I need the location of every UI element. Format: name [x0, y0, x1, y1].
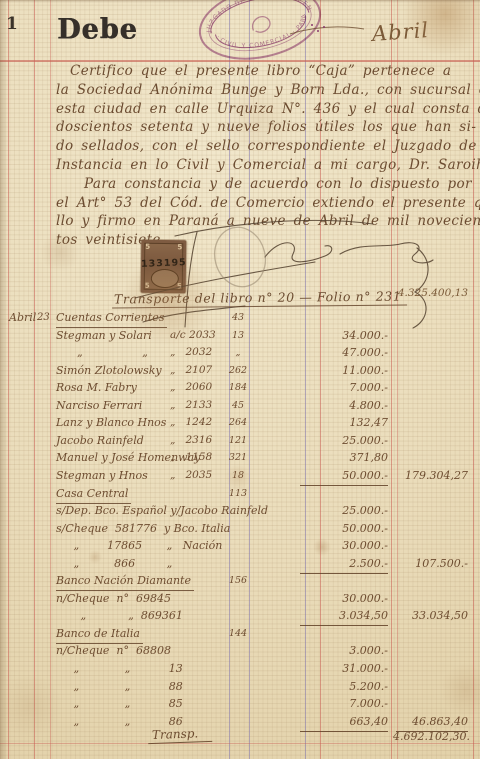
transport-in-amount: 4.325.400,13: [392, 287, 468, 299]
ledger-row: „ „ 885.200.-: [0, 678, 480, 695]
entry-amount-partial: 2.500.-: [300, 555, 388, 574]
entry-folio-ref: 321: [227, 449, 249, 466]
entry-folio-ref: 43: [227, 309, 249, 326]
entry-description: s/Dep. Bco. Español y/Jacobo Rainfeld: [56, 502, 268, 519]
ledger-row: „ „ 8693613.034,5033.034,50: [0, 607, 480, 624]
entry-description: s/Cheque 581776 y Bco. Italia: [56, 520, 230, 537]
ledger-row: „ 866 „2.500.-107.500.-: [0, 555, 480, 572]
entry-day: 23: [37, 309, 53, 326]
ledger-row: Narciso Ferrari„ 2133454.800.-: [0, 397, 480, 414]
ledger-row: Manuel y José Homenway„ 1158321371,80: [0, 449, 480, 466]
entry-amount-partial: 50.000.-: [300, 467, 388, 486]
entry-amount-partial: 3.034,50: [300, 607, 388, 626]
entry-description: Simón Zlotolowsky: [56, 362, 162, 379]
transport-in-label: Transporte del libro n° 20 — Folio n° 23…: [112, 288, 408, 308]
entry-folio-ref: 262: [227, 362, 249, 379]
entry-amount-partial: 5.200.-: [300, 678, 388, 695]
transport-out-amount: 4.692.102,30.: [390, 730, 470, 743]
entry-account-number: „ 2032: [170, 344, 212, 361]
certificate-line: Instancia en lo Civil y Comercial a mi c…: [56, 157, 470, 176]
entry-folio-ref: 45: [227, 397, 249, 414]
entry-account-number: „ 2107: [170, 362, 212, 379]
entry-amount-partial: 3.000.-: [300, 642, 388, 659]
month-label: Abril: [371, 18, 430, 46]
ledger-row: Lanz y Blanco Hnos„ 1242264132,47: [0, 414, 480, 431]
entry-description: „ 866 „: [56, 555, 172, 572]
ledger-row: Abril23Cuentas Corrientes43: [0, 309, 480, 326]
entry-account-number: „ 2035: [170, 467, 212, 484]
entry-folio-ref: 144: [227, 625, 249, 642]
entry-description: Rosa M. Fabry: [56, 379, 137, 396]
entry-amount-total: 107.500.-: [396, 555, 468, 572]
ledger-row: „ „ 857.000.-: [0, 695, 480, 712]
ledger-row: s/Dep. Bco. Español y/Jacobo Rainfeld25.…: [0, 502, 480, 519]
stamp-emblem: [251, 15, 272, 34]
entry-description: Narciso Ferrari: [56, 397, 142, 414]
entry-folio-ref: 121: [227, 432, 249, 449]
entry-account-number: a/c 2033: [170, 327, 216, 344]
entry-amount-total: 33.034,50: [396, 607, 468, 624]
certificate-line: Para constancia y de acuerdo con lo disp…: [56, 176, 470, 195]
entry-folio-ref: 113: [227, 485, 249, 502]
entry-description: n/Cheque n° 68808: [56, 642, 171, 659]
ledger-row: „ „ 1331.000.-: [0, 660, 480, 677]
entry-amount-partial: 11.000.-: [300, 362, 388, 379]
ledger-row: Simón Zlotolowsky„ 210726211.000.-: [0, 362, 480, 379]
entry-amount-partial: 47.000.-: [300, 344, 388, 361]
entry-description: n/Cheque n° 69845: [56, 590, 171, 607]
ledger-row: Stegman y Solaria/c 20331334.000.-: [0, 327, 480, 344]
entry-description: Stegman y Solari: [56, 327, 152, 344]
certificate-line: doscientos setenta y nueve folios útiles…: [56, 119, 470, 138]
ledger-row: Casa Central113: [0, 485, 480, 502]
entry-amount-partial: 34.000.-: [300, 327, 388, 344]
entry-folio-ref: 18: [227, 467, 249, 484]
entry-amount-total: 46.863,40: [396, 713, 468, 732]
entry-description: Banco de Italia: [56, 625, 143, 644]
ledger-row: Stegman y Hnos„ 20351850.000.-179.304,27: [0, 467, 480, 484]
ledger-row: s/Cheque 581776 y Bco. Italia50.000.-: [0, 520, 480, 537]
entry-description: „ „: [56, 344, 148, 361]
entry-account-number: „ 2060: [170, 379, 212, 396]
ledger-row: „ 17865 „ Nación30.000.-: [0, 537, 480, 554]
entry-account-number: „ 1242: [170, 414, 212, 431]
entry-amount-partial: 4.800.-: [300, 397, 388, 414]
entry-amount-partial: 50.000.-: [300, 520, 388, 537]
entry-description: Banco Nación Diamante: [56, 572, 194, 591]
certificate-line: esta ciudad en calle Urquiza N°. 436 y e…: [56, 101, 470, 120]
entry-description: „ 17865 „ Nación: [56, 537, 222, 554]
entry-amount-partial: 30.000.-: [300, 590, 388, 607]
ledger-row: n/Cheque n° 6984530.000.-: [0, 590, 480, 607]
entry-amount-partial: 25.000.-: [300, 502, 388, 519]
certificate-line: Certifico que el presente libro “Caja” p…: [56, 63, 470, 82]
entry-description: Jacobo Rainfeld: [56, 432, 144, 449]
entry-amount-partial: 31.000.-: [300, 660, 388, 677]
entry-folio-ref: „: [227, 344, 249, 361]
pencil-oval-mark: [208, 222, 272, 293]
ledger-page: 1 Debe Abril JUZGADO DE 1ª INSTANCIA EN …: [0, 0, 480, 759]
entry-amount-partial: 663,40: [300, 713, 388, 732]
entry-amount-partial: 132,47: [300, 414, 388, 431]
entry-folio-ref: 264: [227, 414, 249, 431]
pen-flourish-icon: [288, 20, 368, 40]
entry-description: Cuentas Corrientes: [56, 309, 167, 328]
transport-out-label: Transp.: [148, 726, 213, 744]
certificate-line: la Sociedad Anónima Bunge y Born Lda., c…: [56, 82, 470, 101]
entry-description: „ „ 88: [56, 678, 183, 695]
ledger-row: Banco Nación Diamante156: [0, 572, 480, 589]
entry-description: Casa Central: [56, 485, 131, 504]
ruled-line-horizontal: [0, 743, 480, 744]
entry-description: „ „ 13: [56, 660, 183, 677]
entry-folio-ref: 184: [227, 379, 249, 396]
entry-account-number: „ 2133: [170, 397, 212, 414]
ledger-row: Jacobo Rainfeld„ 231612125.000.-: [0, 432, 480, 449]
entry-amount-partial: 371,80: [300, 449, 388, 466]
page-title-debe: Debe: [57, 13, 138, 45]
entry-month: Abril: [9, 309, 37, 326]
entry-amount-partial: 7.000.-: [300, 379, 388, 396]
entry-folio-ref: 13: [227, 327, 249, 344]
ledger-row: „ „ 86663,4046.863,40: [0, 713, 480, 730]
ledger-row: „ „„ 2032„47.000.-: [0, 344, 480, 361]
ledger-row: n/Cheque n° 688083.000.-: [0, 642, 480, 659]
entry-amount-partial: 30.000.-: [300, 537, 388, 554]
entry-description: „ „ 869361: [56, 607, 183, 624]
ledger-row: Rosa M. Fabry„ 20601847.000.-: [0, 379, 480, 396]
entry-description: „ „ 85: [56, 695, 183, 712]
entry-account-number: „ 2316: [170, 432, 212, 449]
folio-number: 1: [6, 14, 18, 34]
certificate-line: el Art° 53 del Cód. de Comercio extiendo…: [56, 195, 470, 214]
entry-description: Stegman y Hnos: [56, 467, 148, 484]
entry-amount-partial: 25.000.-: [300, 432, 388, 449]
certificate-line: do sellados, con el sello correspondient…: [56, 138, 470, 157]
entry-amount-partial: 7.000.-: [300, 695, 388, 712]
entry-amount-total: 179.304,27: [396, 467, 468, 484]
entry-description: Lanz y Blanco Hnos: [56, 414, 166, 431]
entry-folio-ref: 156: [227, 572, 249, 589]
entry-account-number: „ 1158: [170, 449, 212, 466]
ledger-row: Banco de Italia144: [0, 625, 480, 642]
